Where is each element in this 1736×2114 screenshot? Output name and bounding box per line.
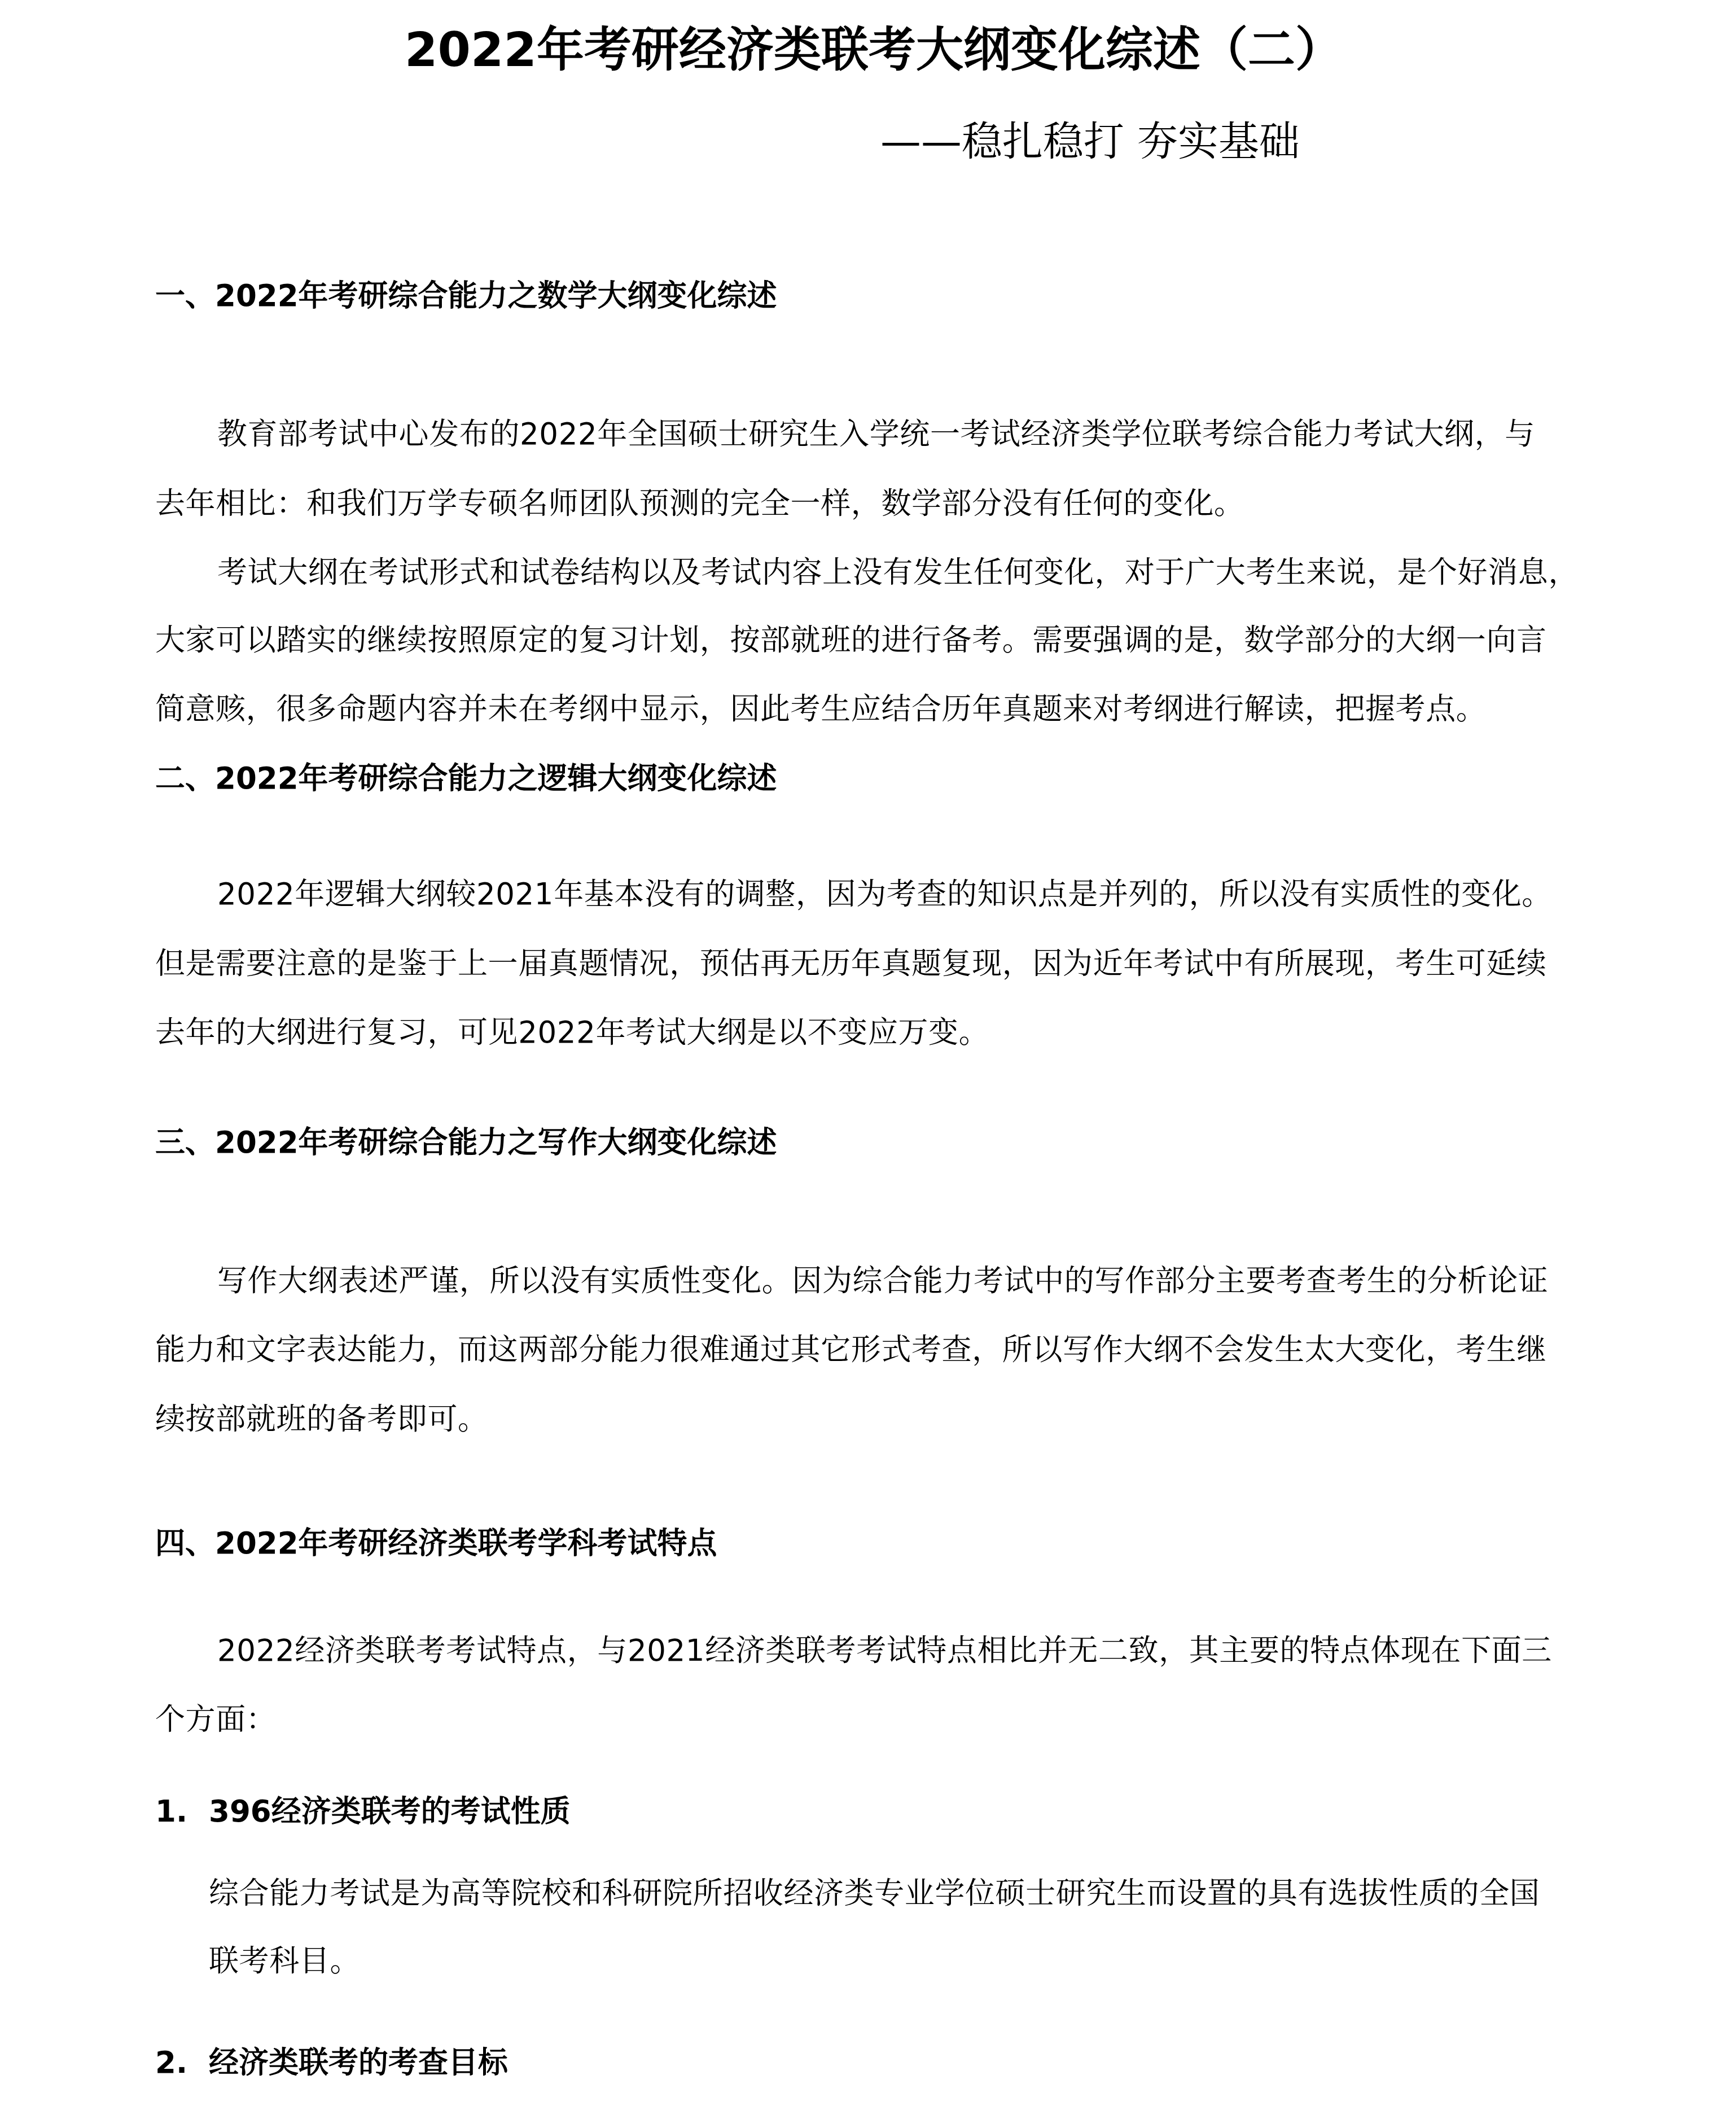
section-4-line: 2022经济类联考考试特点，与2021经济类联考考试特点相比并无二致，其主要的特… xyxy=(217,1631,1552,1671)
list-item-number: 2. xyxy=(155,2043,187,2083)
section-2-line: 去年的大纲进行复习，可见2022年考试大纲是以不变应万变。 xyxy=(155,1013,989,1053)
section-3-heading: 三、2022年考研综合能力之写作大纲变化综述 xyxy=(155,1123,777,1163)
document-title: 2022年考研经济类联考大纲变化综述（二） xyxy=(0,21,1736,78)
section-2-line: 但是需要注意的是鉴于上一届真题情况，预估再无历年真题复现，因为近年考试中有所展现… xyxy=(155,944,1547,984)
section-1-line: 大家可以踏实的继续按照原定的复习计划，按部就班的进行备考。需要强调的是，数学部分… xyxy=(155,621,1547,660)
section-1-line: 去年相比：和我们万学专硕名师团队预测的完全一样，数学部分没有任何的变化。 xyxy=(155,484,1244,524)
section-4-line: 个方面： xyxy=(155,1700,276,1740)
list-item-line: 综合能力考试是为高等院校和科研院所招收经济类专业学位硕士研究生而设置的具有选拔性… xyxy=(209,1874,1540,1914)
section-1-line: 简意赅，很多命题内容并未在考纲中显示，因此考生应结合历年真题来对考纲进行解读，把… xyxy=(155,690,1486,729)
section-2-line: 2022年逻辑大纲较2021年基本没有的调整，因为考查的知识点是并列的，所以没有… xyxy=(217,875,1552,914)
section-3-line: 写作大纲表述严谨，所以没有实质性变化。因为综合能力考试中的写作部分主要考查考生的… xyxy=(217,1262,1548,1301)
section-4-heading: 四、2022年考研经济类联考学科考试特点 xyxy=(155,1524,717,1564)
list-item-heading: 经济类联考的考查目标 xyxy=(209,2043,508,2083)
section-1-line: 教育部考试中心发布的2022年全国硕士研究生入学统一考试经济类学位联考综合能力考… xyxy=(217,415,1535,454)
document-subtitle: ——稳扎稳打 夯实基础 xyxy=(880,116,1300,167)
list-item-line: 联考科目。 xyxy=(209,1942,360,1981)
list-item-number: 1. xyxy=(155,1792,187,1832)
section-1-line: 考试大纲在考试形式和试卷结构以及考试内容上没有发生任何变化，对于广大考生来说，是… xyxy=(217,553,1579,593)
section-3-line: 能力和文字表达能力，而这两部分能力很难通过其它形式考查，所以写作大纲不会发生太大… xyxy=(155,1330,1547,1370)
section-1-heading: 一、2022年考研综合能力之数学大纲变化综述 xyxy=(155,277,777,316)
section-3-line: 续按部就班的备考即可。 xyxy=(155,1400,488,1439)
list-item-heading: 396经济类联考的考试性质 xyxy=(209,1792,571,1832)
section-2-heading: 二、2022年考研综合能力之逻辑大纲变化综述 xyxy=(155,759,777,799)
